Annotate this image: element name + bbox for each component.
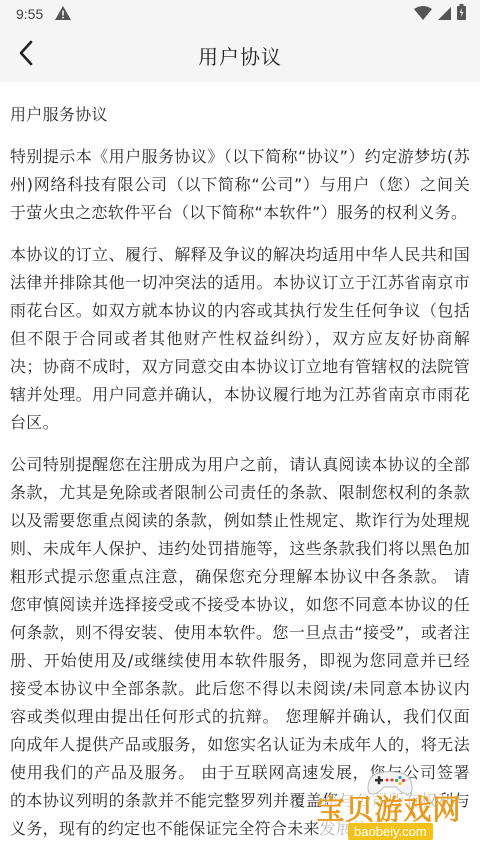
status-time: 9:55 [16, 6, 43, 22]
agreement-heading: 用户服务协议 [10, 101, 470, 129]
chevron-left-icon [18, 40, 34, 70]
agreement-content[interactable]: 用户服务协议 特别提示本《用户服务协议》（以下简称“协议”）约定游梦坊(苏州)网… [0, 82, 480, 853]
wifi-icon [414, 5, 432, 24]
agreement-paragraph: 公司特别提醒您在注册成为用户之前，请认真阅读本协议的全部条款，尤其是免除或者限制… [10, 451, 470, 843]
warning-icon [55, 5, 71, 24]
agreement-paragraph: 特别提示本《用户服务协议》（以下简称“协议”）约定游梦坊(苏州)网络科技有限公司… [10, 143, 470, 227]
battery-charging-icon [457, 4, 466, 24]
agreement-paragraph: 本协议的订立、履行、解释及争议的解决均适用中华人民共和国法律并排除其他一切冲突法… [10, 241, 470, 437]
page-title: 用户协议 [198, 41, 282, 70]
app-bar: 用户协议 [0, 28, 480, 82]
back-button[interactable] [10, 38, 42, 72]
cellular-signal-icon [438, 5, 451, 24]
status-bar: 9:55 [0, 0, 480, 28]
